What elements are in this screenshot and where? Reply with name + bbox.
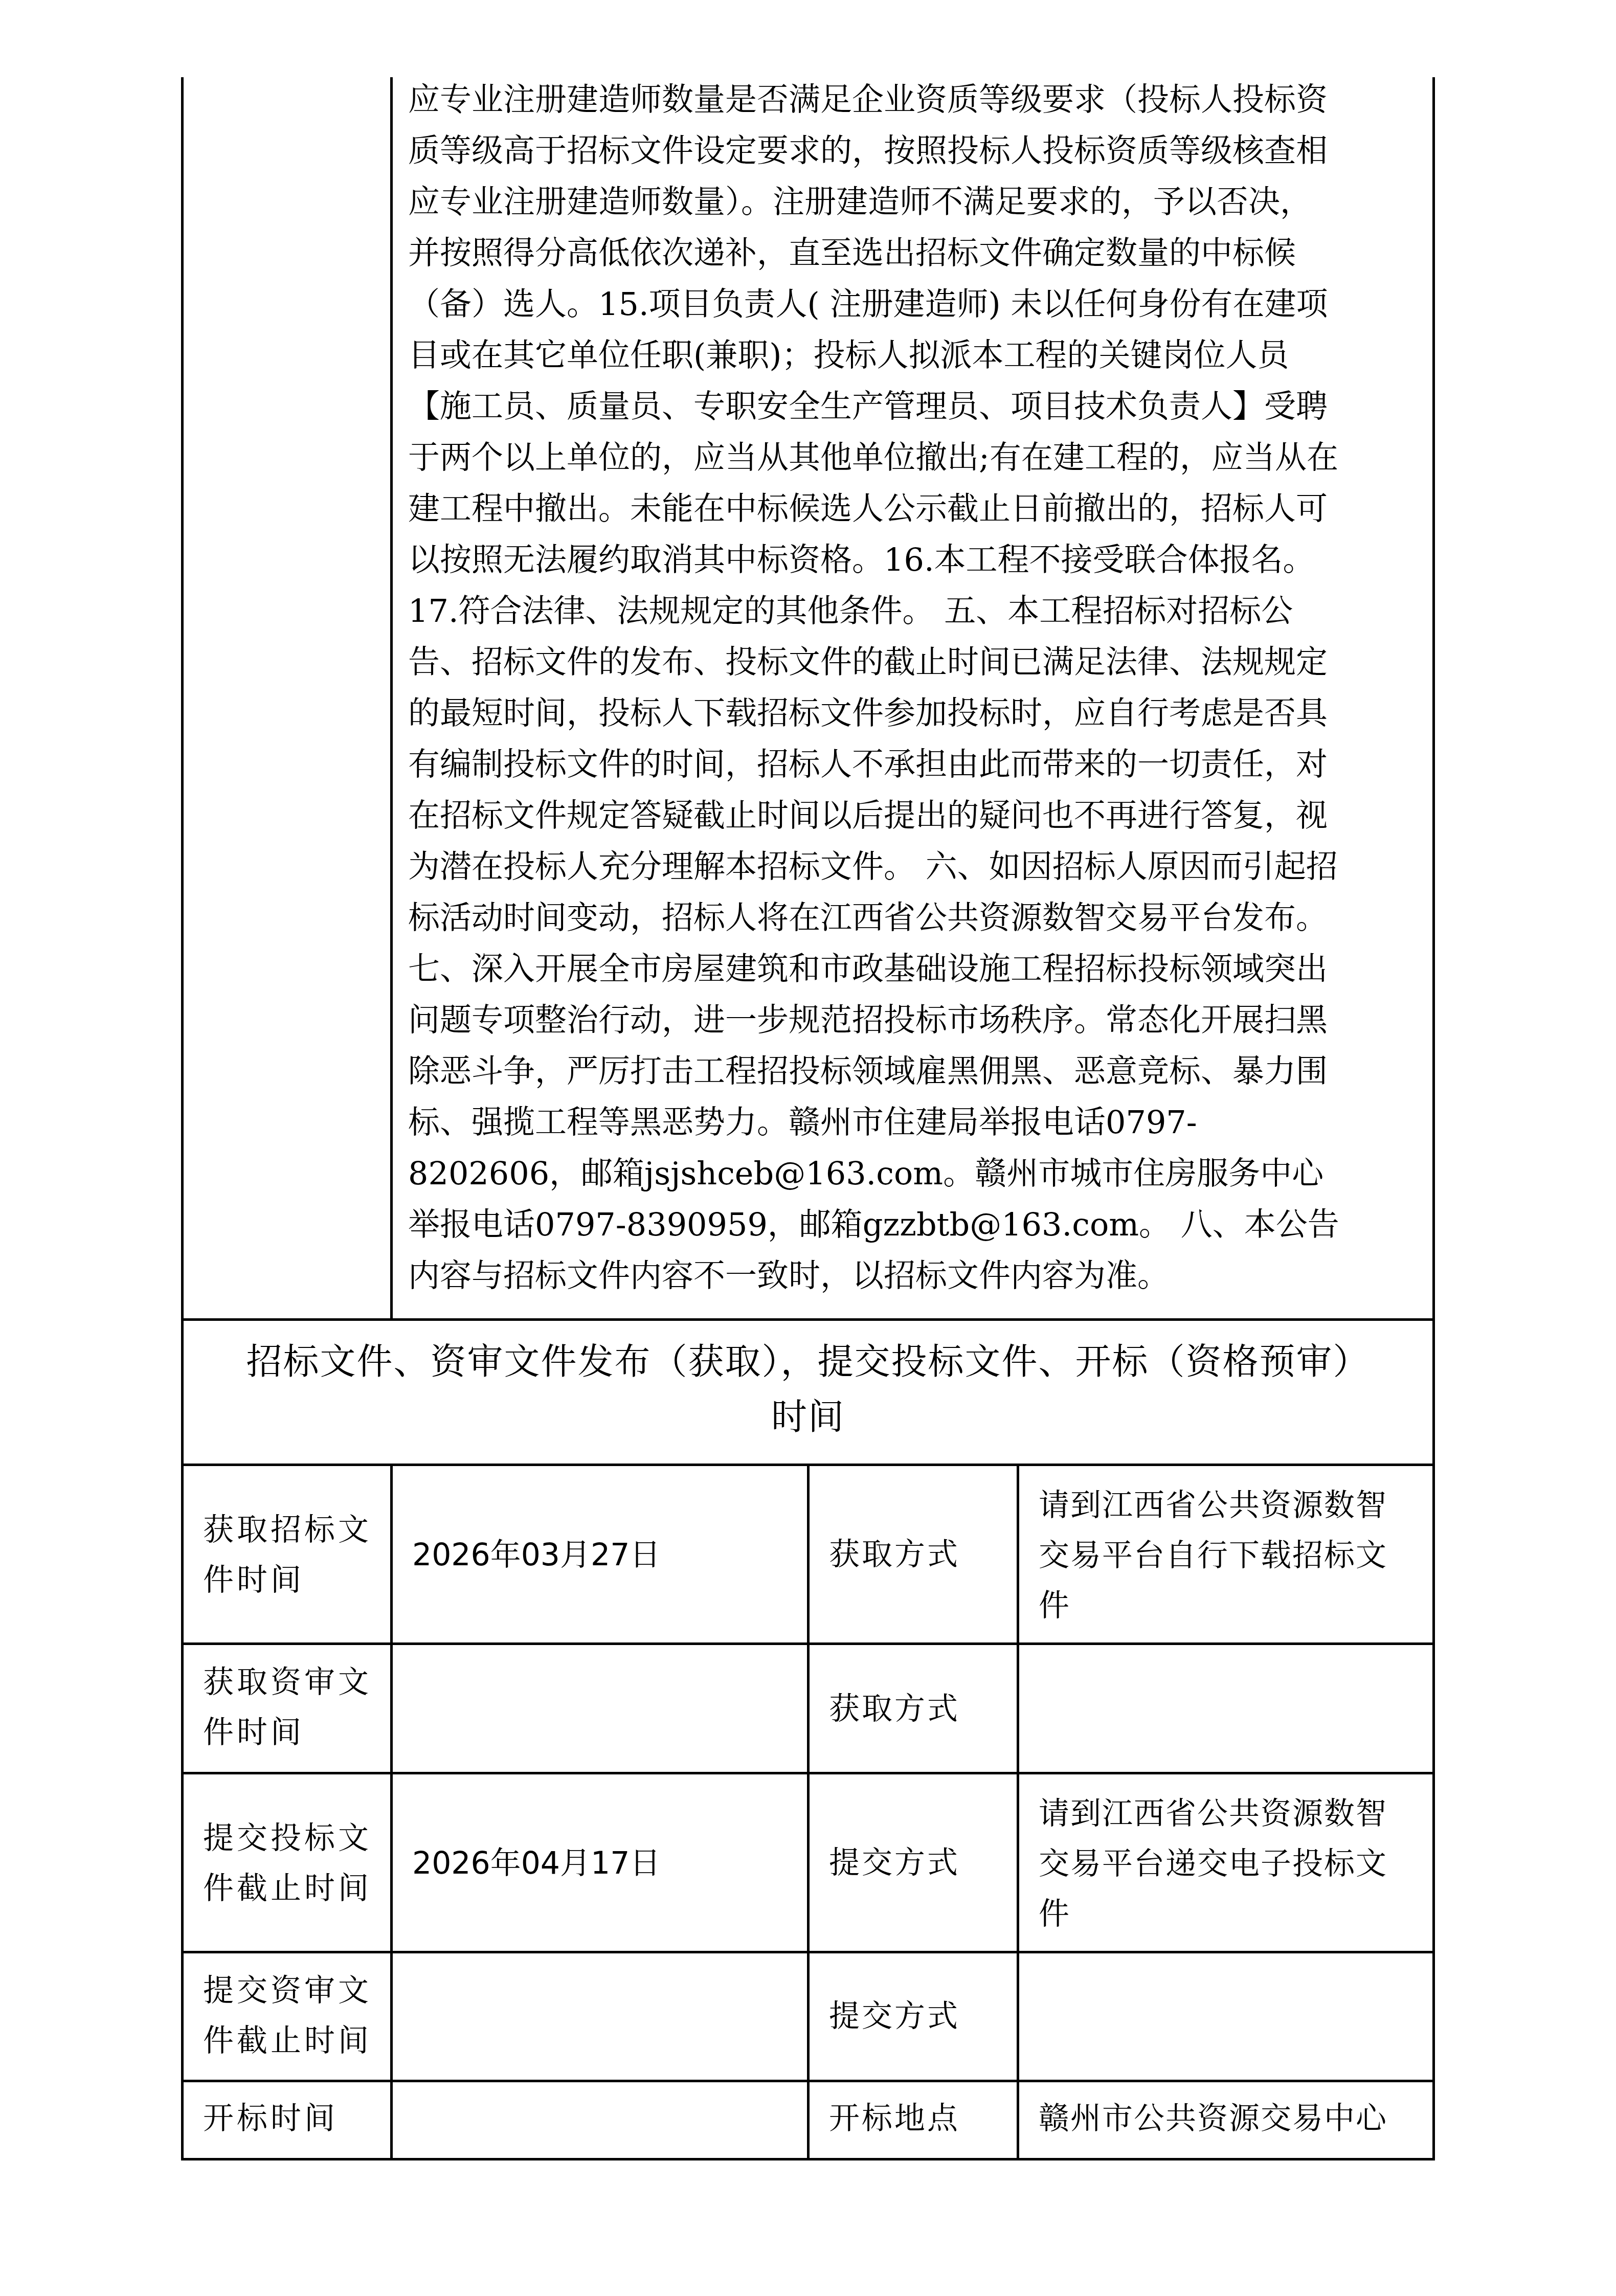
body-line: 8202606，邮箱jsjshceb@163.com。赣州市城市住房服务中心	[408, 1148, 1428, 1199]
row-2-label-cell: 获取资审文 件时间	[181, 1642, 390, 1772]
body-line: 并按照得分高低依次递补，直至选出招标文件确定数量的中标候	[408, 228, 1428, 279]
body-line: 的最短时间，投标人下载招标文件参加投标时，应自行考虑是否具	[408, 688, 1428, 739]
announcement-body-text: 应专业注册建造师数量是否满足企业资质等级要求（投标人投标资 质等级高于招标文件设…	[408, 74, 1428, 1301]
body-line: 问题专项整治行动，进一步规范招投标市场秩序。常态化开展扫黑	[408, 995, 1428, 1046]
row-5-label: 开标时间	[203, 2094, 377, 2144]
row-3-method-label-cell: 提交方式	[807, 1772, 1017, 1951]
body-line: 【施工员、质量员、专职安全生产管理员、项目技术负责人】受聘	[408, 381, 1428, 432]
row-4-value-cell	[390, 1951, 807, 2080]
body-line: （备）选人。15.项目负责人( 注册建造师) 未以任何身份有在建项	[408, 279, 1428, 330]
row-5-value-cell	[390, 2080, 807, 2160]
row-3-method-text: 请到江西省公共资源数智 交易平台递交电子投标文 件	[1039, 1789, 1427, 1939]
row-2-label: 获取资审文 件时间	[203, 1657, 377, 1758]
row-3-method-cell: 请到江西省公共资源数智 交易平台递交电子投标文 件	[1017, 1772, 1435, 1951]
row-3-date: 2026年04月17日	[412, 1838, 660, 1889]
body-line: 目或在其它单位任职(兼职)；投标人拟派本工程的关键岗位人员	[408, 330, 1428, 381]
body-line: 于两个以上单位的，应当从其他单位撤出;有在建工程的，应当从在	[408, 432, 1428, 483]
row-1-method-text: 请到江西省公共资源数智 交易平台自行下载招标文 件	[1039, 1480, 1427, 1631]
row-4-method-label-cell: 提交方式	[807, 1951, 1017, 2080]
row-2-method-cell	[1017, 1642, 1435, 1772]
row-1-value-cell: 2026年03月27日	[390, 1464, 807, 1642]
body-line: 标活动时间变动，招标人将在江西省公共资源数智交易平台发布。	[408, 892, 1428, 943]
body-line: 17.符合法律、法规规定的其他条件。 五、本工程招标对招标公	[408, 586, 1428, 637]
row-4-label-cell: 提交资审文 件截止时间	[181, 1951, 390, 2080]
row-4-method-cell	[1017, 1951, 1435, 2080]
row-5-method-label: 开标地点	[829, 2094, 960, 2144]
row-3-method-label: 提交方式	[829, 1838, 960, 1888]
row-2-method-label-cell: 获取方式	[807, 1642, 1017, 1772]
body-line: 为潜在投标人充分理解本招标文件。 六、如因招标人原因而引起招	[408, 841, 1428, 892]
row-4-method-label: 提交方式	[829, 1991, 960, 2041]
body-line: 有编制投标文件的时间，招标人不承担由此而带来的一切责任，对	[408, 739, 1428, 790]
body-line: 除恶斗争，严厉打击工程招投标领域雇黑佣黑、恶意竞标、暴力围	[408, 1046, 1428, 1097]
body-line: 以按照无法履约取消其中标资格。16.本工程不接受联合体报名。	[408, 534, 1428, 586]
body-line: 标、强揽工程等黑恶势力。赣州市住建局举报电话0797-	[408, 1097, 1428, 1148]
row-1-label: 获取招标文 件时间	[203, 1505, 377, 1605]
row-1-method-cell: 请到江西省公共资源数智 交易平台自行下载招标文 件	[1017, 1464, 1435, 1642]
section-header-cell: 招标文件、资审文件发布（获取），提交投标文件、开标（资格预审） 时间	[181, 1318, 1435, 1464]
row-5-label-cell: 开标时间	[181, 2080, 390, 2160]
document-page: 应专业注册建造师数量是否满足企业资质等级要求（投标人投标资 质等级高于招标文件设…	[0, 0, 1616, 2296]
row-1-method-label: 获取方式	[829, 1529, 960, 1580]
body-line: 内容与招标文件内容不一致时，以招标文件内容为准。	[408, 1250, 1428, 1301]
body-line: 七、深入开展全市房屋建筑和市政基础设施工程招标投标领域突出	[408, 943, 1428, 995]
body-line: 应专业注册建造师数量）。注册建造师不满足要求的，予以否决，	[408, 176, 1428, 228]
body-line: 在招标文件规定答疑截止时间以后提出的疑问也不再进行答复，视	[408, 790, 1428, 841]
row-1-method-label-cell: 获取方式	[807, 1464, 1017, 1642]
row-2-value-cell	[390, 1642, 807, 1772]
body-line: 告、招标文件的发布、投标文件的截止时间已满足法律、法规规定	[408, 637, 1428, 688]
row-1-date: 2026年03月27日	[412, 1529, 660, 1581]
row-3-value-cell: 2026年04月17日	[390, 1772, 807, 1951]
row-5-method-cell: 赣州市公共资源交易中心	[1017, 2080, 1435, 2160]
section-header-line-2: 时间	[199, 1389, 1417, 1445]
body-line: 应专业注册建造师数量是否满足企业资质等级要求（投标人投标资	[408, 74, 1428, 125]
section-header-title: 招标文件、资审文件发布（获取），提交投标文件、开标（资格预审） 时间	[184, 1321, 1432, 1445]
section-header-line-1: 招标文件、资审文件发布（获取），提交投标文件、开标（资格预审）	[199, 1334, 1417, 1389]
row-4-label: 提交资审文 件截止时间	[203, 1966, 377, 2066]
row-3-label: 提交投标文 件截止时间	[203, 1813, 377, 1914]
body-line: 建工程中撤出。未能在中标候选人公示截止日前撤出的，招标人可	[408, 483, 1428, 534]
body-line: 举报电话0797-8390959，邮箱gzzbtb@163.com。 八、本公告	[408, 1199, 1428, 1250]
row-3-label-cell: 提交投标文 件截止时间	[181, 1772, 390, 1951]
row-1-label-cell: 获取招标文 件时间	[181, 1464, 390, 1642]
row-5-method-text: 赣州市公共资源交易中心	[1039, 2094, 1427, 2144]
body-line: 质等级高于招标文件设定要求的，按照投标人投标资质等级核查相	[408, 125, 1428, 176]
body-column-divider	[390, 77, 393, 1318]
row-2-method-label: 获取方式	[829, 1684, 960, 1734]
row-5-method-label-cell: 开标地点	[807, 2080, 1017, 2160]
